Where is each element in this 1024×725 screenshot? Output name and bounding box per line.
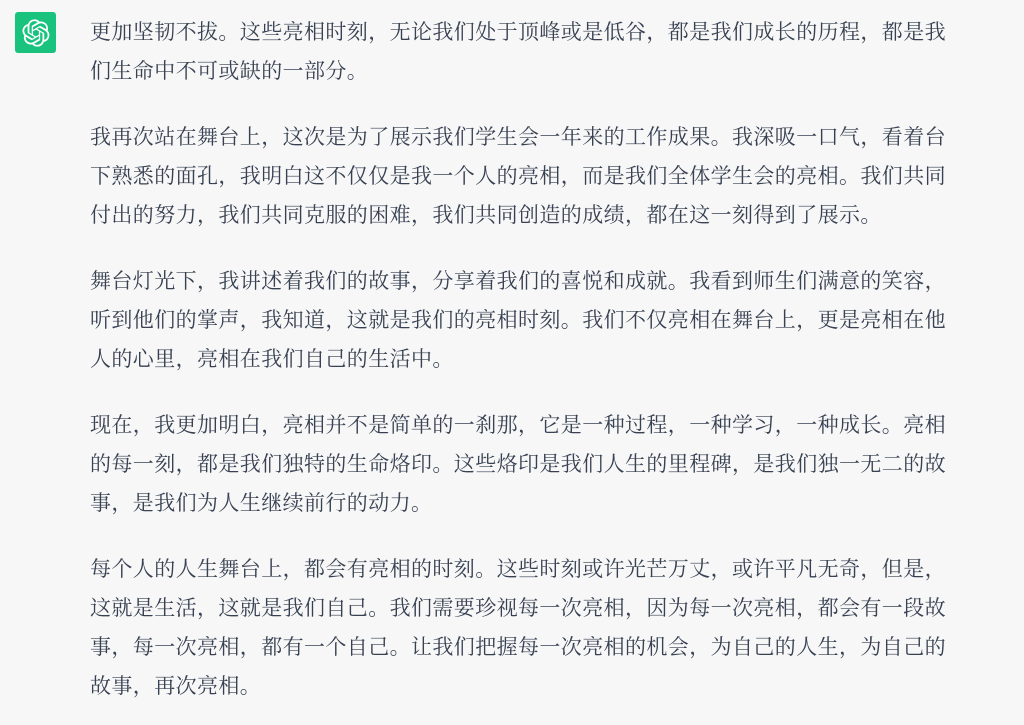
text-line: 舞台灯光下，我讲述着我们的故事，分享着我们的喜悦和成就。我看到师生们满意的笑容，: [90, 262, 990, 301]
text-line: 这就是生活，这就是我们自己。我们需要珍视每一次亮相，因为每一次亮相，都会有一段故: [90, 589, 990, 628]
paragraph-5: 每个人的人生舞台上，都会有亮相的时刻。这些时刻或许光芒万丈，或许平凡无奇，但是，…: [90, 550, 990, 706]
text-line: 事，每一次亮相，都有一个自己。让我们把握每一次亮相的机会，为自己的人生，为自己的: [90, 628, 990, 667]
text-line: 人的心里，亮相在我们自己的生活中。: [90, 340, 990, 379]
assistant-message: 更加坚韧不拔。这些亮相时刻，无论我们处于顶峰或是低谷，都是我们成长的历程，都是我…: [0, 0, 1024, 725]
text-line: 们生命中不可或缺的一部分。: [90, 52, 990, 91]
text-line: 听到他们的掌声，我知道，这就是我们的亮相时刻。我们不仅亮相在舞台上，更是亮相在他: [90, 301, 990, 340]
text-line: 故事，再次亮相。: [90, 667, 990, 706]
text-line: 更加坚韧不拔。这些亮相时刻，无论我们处于顶峰或是低谷，都是我们成长的历程，都是我: [90, 13, 990, 52]
message-content: 更加坚韧不拔。这些亮相时刻，无论我们处于顶峰或是低谷，都是我们成长的历程，都是我…: [90, 13, 990, 725]
paragraph-4: 现在，我更加明白，亮相并不是简单的一刹那，它是一种过程，一种学习，一种成长。亮相…: [90, 406, 990, 523]
text-line: 下熟悉的面孔，我明白这不仅仅是我一个人的亮相，而是我们全体学生会的亮相。我们共同: [90, 157, 990, 196]
text-line: 每个人的人生舞台上，都会有亮相的时刻。这些时刻或许光芒万丈，或许平凡无奇，但是，: [90, 550, 990, 589]
paragraph-2: 我再次站在舞台上，这次是为了展示我们学生会一年来的工作成果。我深吸一口气，看着台…: [90, 118, 990, 235]
paragraph-1: 更加坚韧不拔。这些亮相时刻，无论我们处于顶峰或是低谷，都是我们成长的历程，都是我…: [90, 13, 990, 91]
text-line: 付出的努力，我们共同克服的困难，我们共同创造的成绩，都在这一刻得到了展示。: [90, 196, 990, 235]
text-line: 我再次站在舞台上，这次是为了展示我们学生会一年来的工作成果。我深吸一口气，看着台: [90, 118, 990, 157]
text-line: 的每一刻，都是我们独特的生命烙印。这些烙印是我们人生的里程碑，是我们独一无二的故: [90, 445, 990, 484]
text-line: 事，是我们为人生继续前行的动力。: [90, 484, 990, 523]
assistant-avatar: [15, 12, 56, 53]
paragraph-3: 舞台灯光下，我讲述着我们的故事，分享着我们的喜悦和成就。我看到师生们满意的笑容，…: [90, 262, 990, 379]
text-line: 现在，我更加明白，亮相并不是简单的一刹那，它是一种过程，一种学习，一种成长。亮相: [90, 406, 990, 445]
openai-logo-icon: [22, 19, 50, 47]
